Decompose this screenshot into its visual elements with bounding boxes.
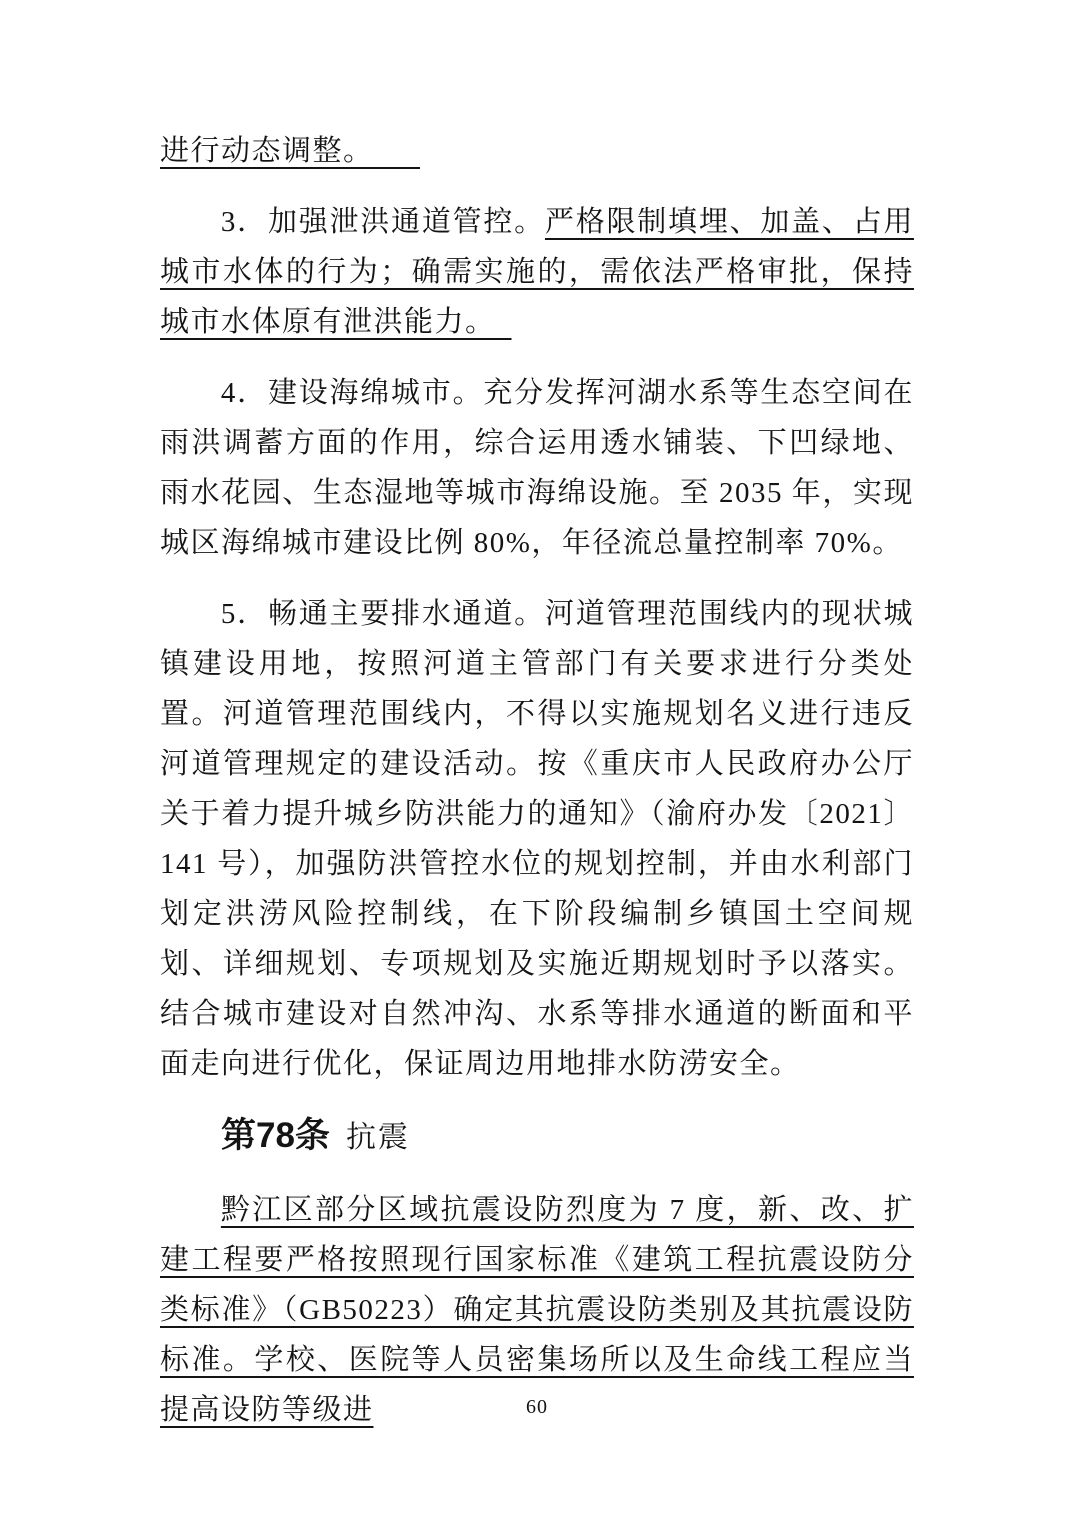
paragraph-item-5: 5．畅通主要排水通道。河道管理范围线内的现状城镇建设用地，按照河道主管部门有关要…: [160, 589, 914, 1089]
item-5-text: 5．畅通主要排水通道。河道管理范围线内的现状城镇建设用地，按照河道主管部门有关要…: [160, 598, 914, 1080]
article-78-title: 抗震: [346, 1121, 410, 1154]
page-number: 60: [0, 1396, 1074, 1419]
document-page: 进行动态调整。 3．加强泄洪通道管控。严格限制填埋、加盖、占用城市水体的行为；确…: [0, 0, 1074, 1520]
paragraph-continuation: 进行动态调整。: [160, 126, 914, 176]
item-3-lead-text: 3．加强泄洪通道管控。: [221, 206, 545, 238]
paragraph-item-3: 3．加强泄洪通道管控。严格限制填埋、加盖、占用城市水体的行为；确需实施的，需依法…: [160, 197, 914, 347]
article-78-heading: 第78条抗震: [160, 1110, 914, 1164]
paragraph-item-4: 4．建设海绵城市。充分发挥河湖水系等生态空间在雨洪调蓄方面的作用，综合运用透水铺…: [160, 368, 914, 568]
item-4-text: 4．建设海绵城市。充分发挥河湖水系等生态空间在雨洪调蓄方面的作用，综合运用透水铺…: [160, 377, 914, 559]
underlined-text: 进行动态调整。: [160, 135, 420, 167]
seismic-underlined-text: 黔江区部分区域抗震设防烈度为 7 度，新、改、扩建工程要严格按照现行国家标准《建…: [160, 1194, 914, 1426]
document-text-body: 进行动态调整。 3．加强泄洪通道管控。严格限制填埋、加盖、占用城市水体的行为；确…: [160, 0, 914, 1435]
article-78-number: 第78条: [221, 1116, 330, 1155]
